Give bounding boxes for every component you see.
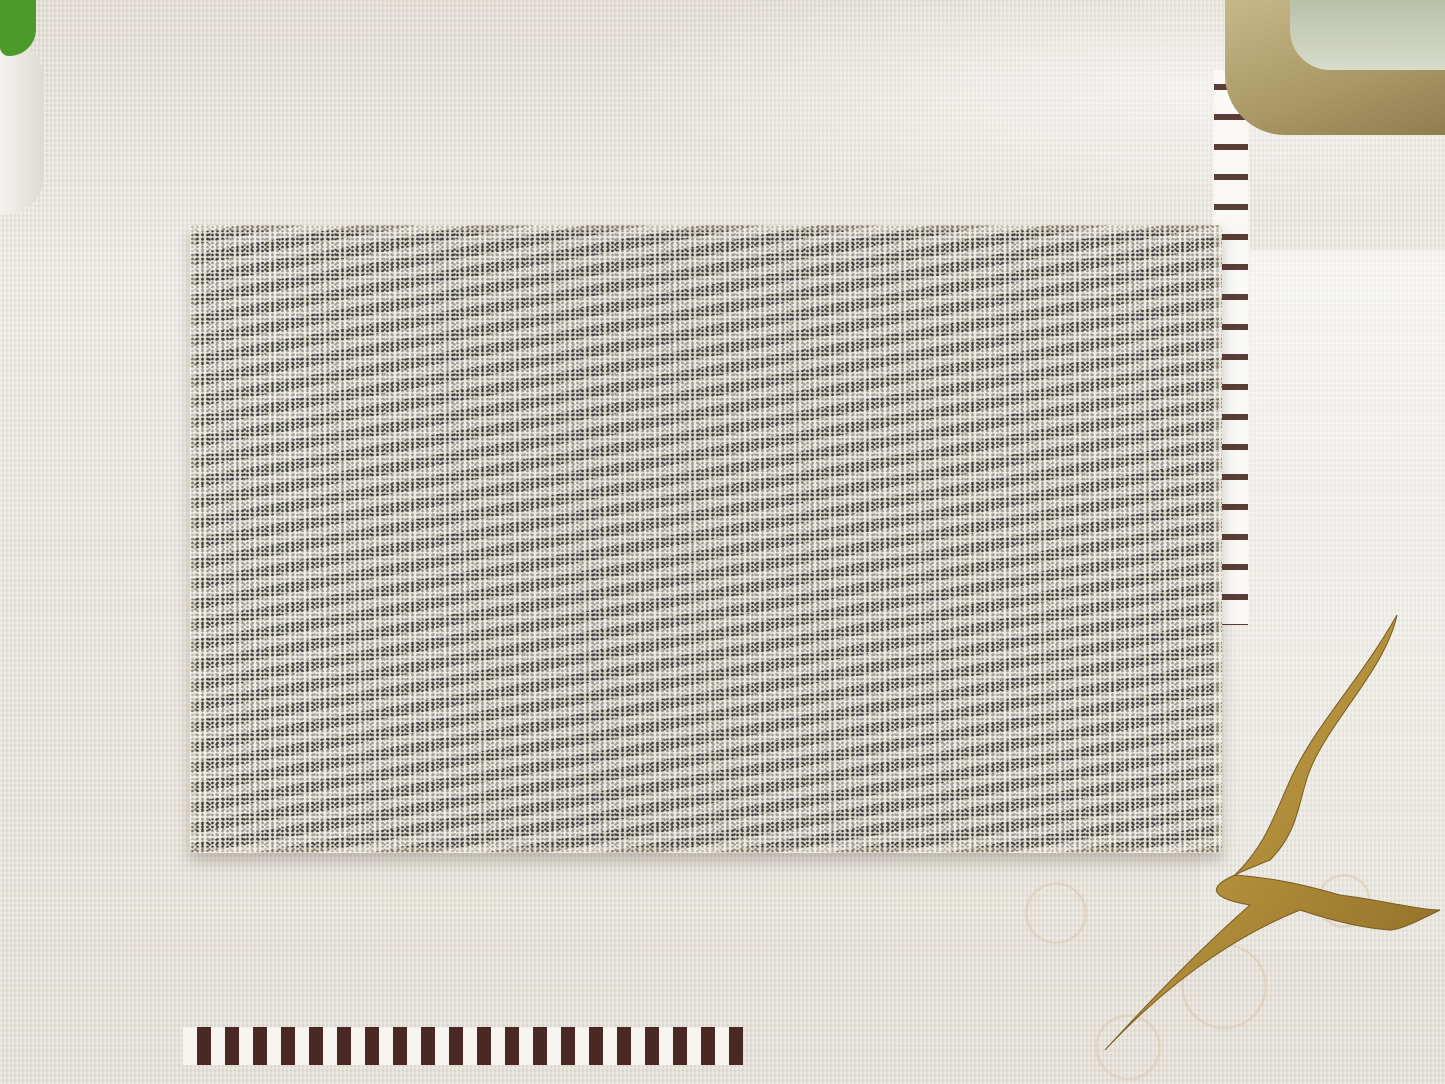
plant-pot bbox=[0, 40, 44, 215]
hemstitch-horizontal bbox=[183, 1027, 743, 1065]
speckled-box bbox=[190, 225, 1222, 853]
brass-seagull bbox=[1100, 610, 1445, 1050]
frame-glass bbox=[1290, 0, 1445, 70]
